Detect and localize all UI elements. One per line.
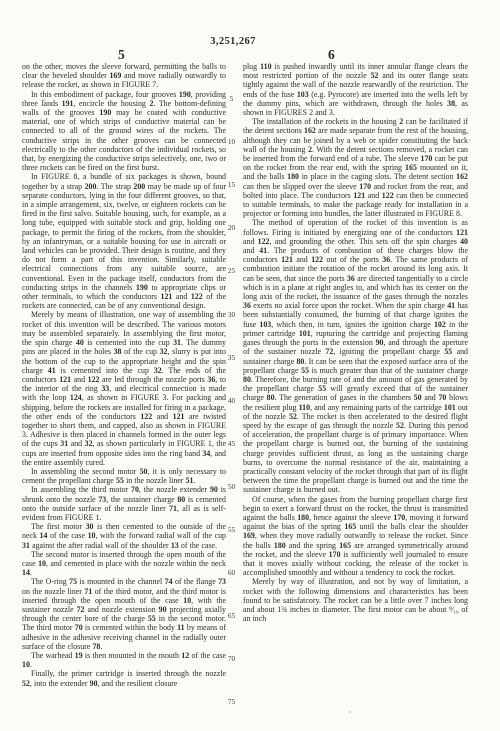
line-number: 45: [224, 439, 239, 448]
column-5-text: on the other, moves the sleeve forward, …: [22, 62, 226, 688]
paragraph: Merely by means of illustration, one way…: [22, 310, 226, 466]
column-number-5: 5: [118, 47, 125, 63]
line-number: 60: [224, 568, 239, 577]
paragraph: Finally, the primer cartridge is inserte…: [22, 669, 226, 687]
patent-page: 3,251,267 5 6 on the other, moves the sl…: [0, 0, 500, 731]
paragraph: The method of operation of the rocket of…: [243, 218, 468, 494]
line-number: 40: [224, 396, 239, 405]
line-number: 30: [224, 310, 239, 319]
paragraph: In assembling the third motor 70, the no…: [22, 485, 226, 522]
paragraph: The warhead 19 is then mounted in the mo…: [22, 651, 226, 669]
patent-number: 3,251,267: [0, 36, 466, 47]
line-number: 70: [224, 654, 239, 663]
paragraph: Of course, when the gases from the burni…: [243, 495, 468, 578]
paragraph: The installation of the rockets in the h…: [243, 117, 468, 218]
line-number: 5: [224, 94, 239, 103]
line-number: 25: [224, 266, 239, 275]
line-number: 55: [224, 525, 239, 534]
line-number: 10: [224, 137, 239, 146]
paragraph: plug 110 is pushed inwardly until its in…: [243, 62, 468, 117]
paragraph: In FIGURE 8, a bundle of six packages is…: [22, 172, 226, 310]
line-number: 65: [224, 611, 239, 620]
line-number: 75: [224, 697, 239, 706]
line-number: 20: [224, 223, 239, 232]
paragraph: Merely by way of illustration, and not b…: [243, 577, 468, 623]
paragraph: on the other, moves the sleeve forward, …: [22, 62, 226, 90]
paragraph: The O-ring 75 is mounted in the channel …: [22, 577, 226, 651]
column-number-6: 6: [328, 47, 335, 63]
paragraph: The first motor 30 is then cemented to t…: [22, 522, 226, 550]
paragraph: The second motor is inserted through the…: [22, 550, 226, 578]
line-number: 35: [224, 353, 239, 362]
paragraph: In assembling the second motor 50, it is…: [22, 467, 226, 485]
paragraph: In this embodiment of package, four groo…: [22, 90, 226, 173]
line-number: 50: [224, 482, 239, 491]
column-6-text: plug 110 is pushed inwardly until its in…: [243, 62, 468, 623]
line-number: 15: [224, 180, 239, 189]
